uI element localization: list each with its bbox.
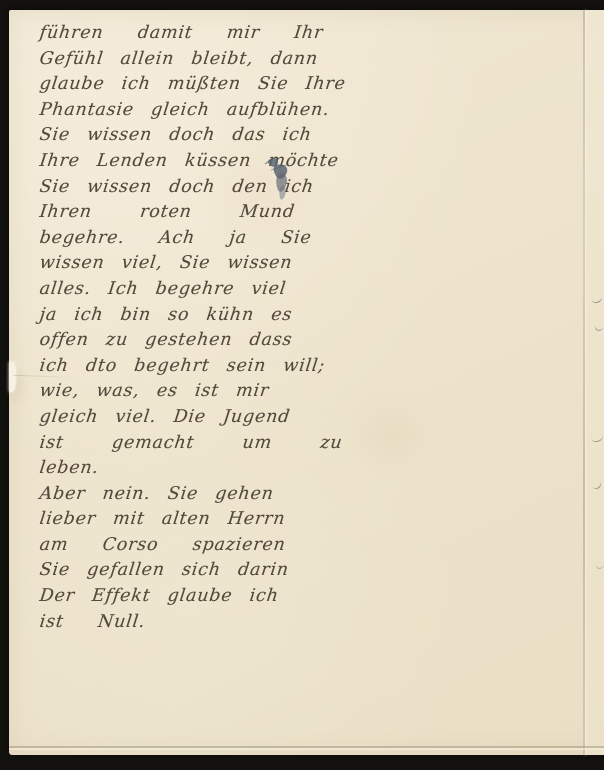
- handwritten-line: Ihren roten Mund: [38, 200, 593, 226]
- handwritten-line: wie, was, es ist mir: [38, 379, 593, 405]
- letter-page: führen damit mir Ihr Gefühl allein bleib…: [9, 10, 604, 755]
- handwritten-line: offen zu gestehen dass: [38, 328, 593, 354]
- handwritten-line: Sie wissen doch den ich: [38, 175, 593, 201]
- handwritten-line: Sie gefallen sich darin: [38, 558, 593, 584]
- handwritten-line: alles. Ich begehre viel: [38, 277, 593, 303]
- handwritten-line: führen damit mir Ihr: [38, 21, 593, 47]
- photo-mat: führen damit mir Ihr Gefühl allein bleib…: [0, 0, 604, 770]
- handwritten-line: ist gemacht um zu: [38, 431, 593, 457]
- handwritten-line: Gefühl allein bleibt, dann: [38, 47, 593, 73]
- handwritten-line: Sie wissen doch das ich: [38, 123, 593, 149]
- handwritten-line: wissen viel, Sie wissen: [38, 251, 593, 277]
- handwritten-line: begehre. Ach ja Sie: [38, 226, 593, 252]
- handwritten-line: ich dto begehrt sein will;: [38, 354, 593, 380]
- handwritten-line: lieber mit alten Herrn: [38, 507, 593, 533]
- handwritten-line: Ihre Lenden küssen möchte: [38, 149, 593, 175]
- under-sheet-edge: [9, 746, 604, 748]
- handwritten-line: gleich viel. Die Jugend: [38, 405, 593, 431]
- handwriting-block: führen damit mir Ihr Gefühl allein bleib…: [38, 21, 590, 635]
- handwritten-line: Aber nein. Sie gehen: [38, 482, 593, 508]
- handwritten-line: Der Effekt glaube ich: [38, 584, 593, 610]
- handwritten-line: glaube ich müßten Sie Ihre: [38, 72, 593, 98]
- handwritten-line: ja ich bin so kühn es: [38, 303, 593, 329]
- handwritten-line: Phantasie gleich aufblühen.: [38, 98, 593, 124]
- handwritten-line: leben.: [38, 456, 593, 482]
- handwritten-line: ist Null.: [38, 610, 593, 636]
- fold-crease: [9, 362, 16, 392]
- handwritten-line: am Corso spazieren: [38, 533, 593, 559]
